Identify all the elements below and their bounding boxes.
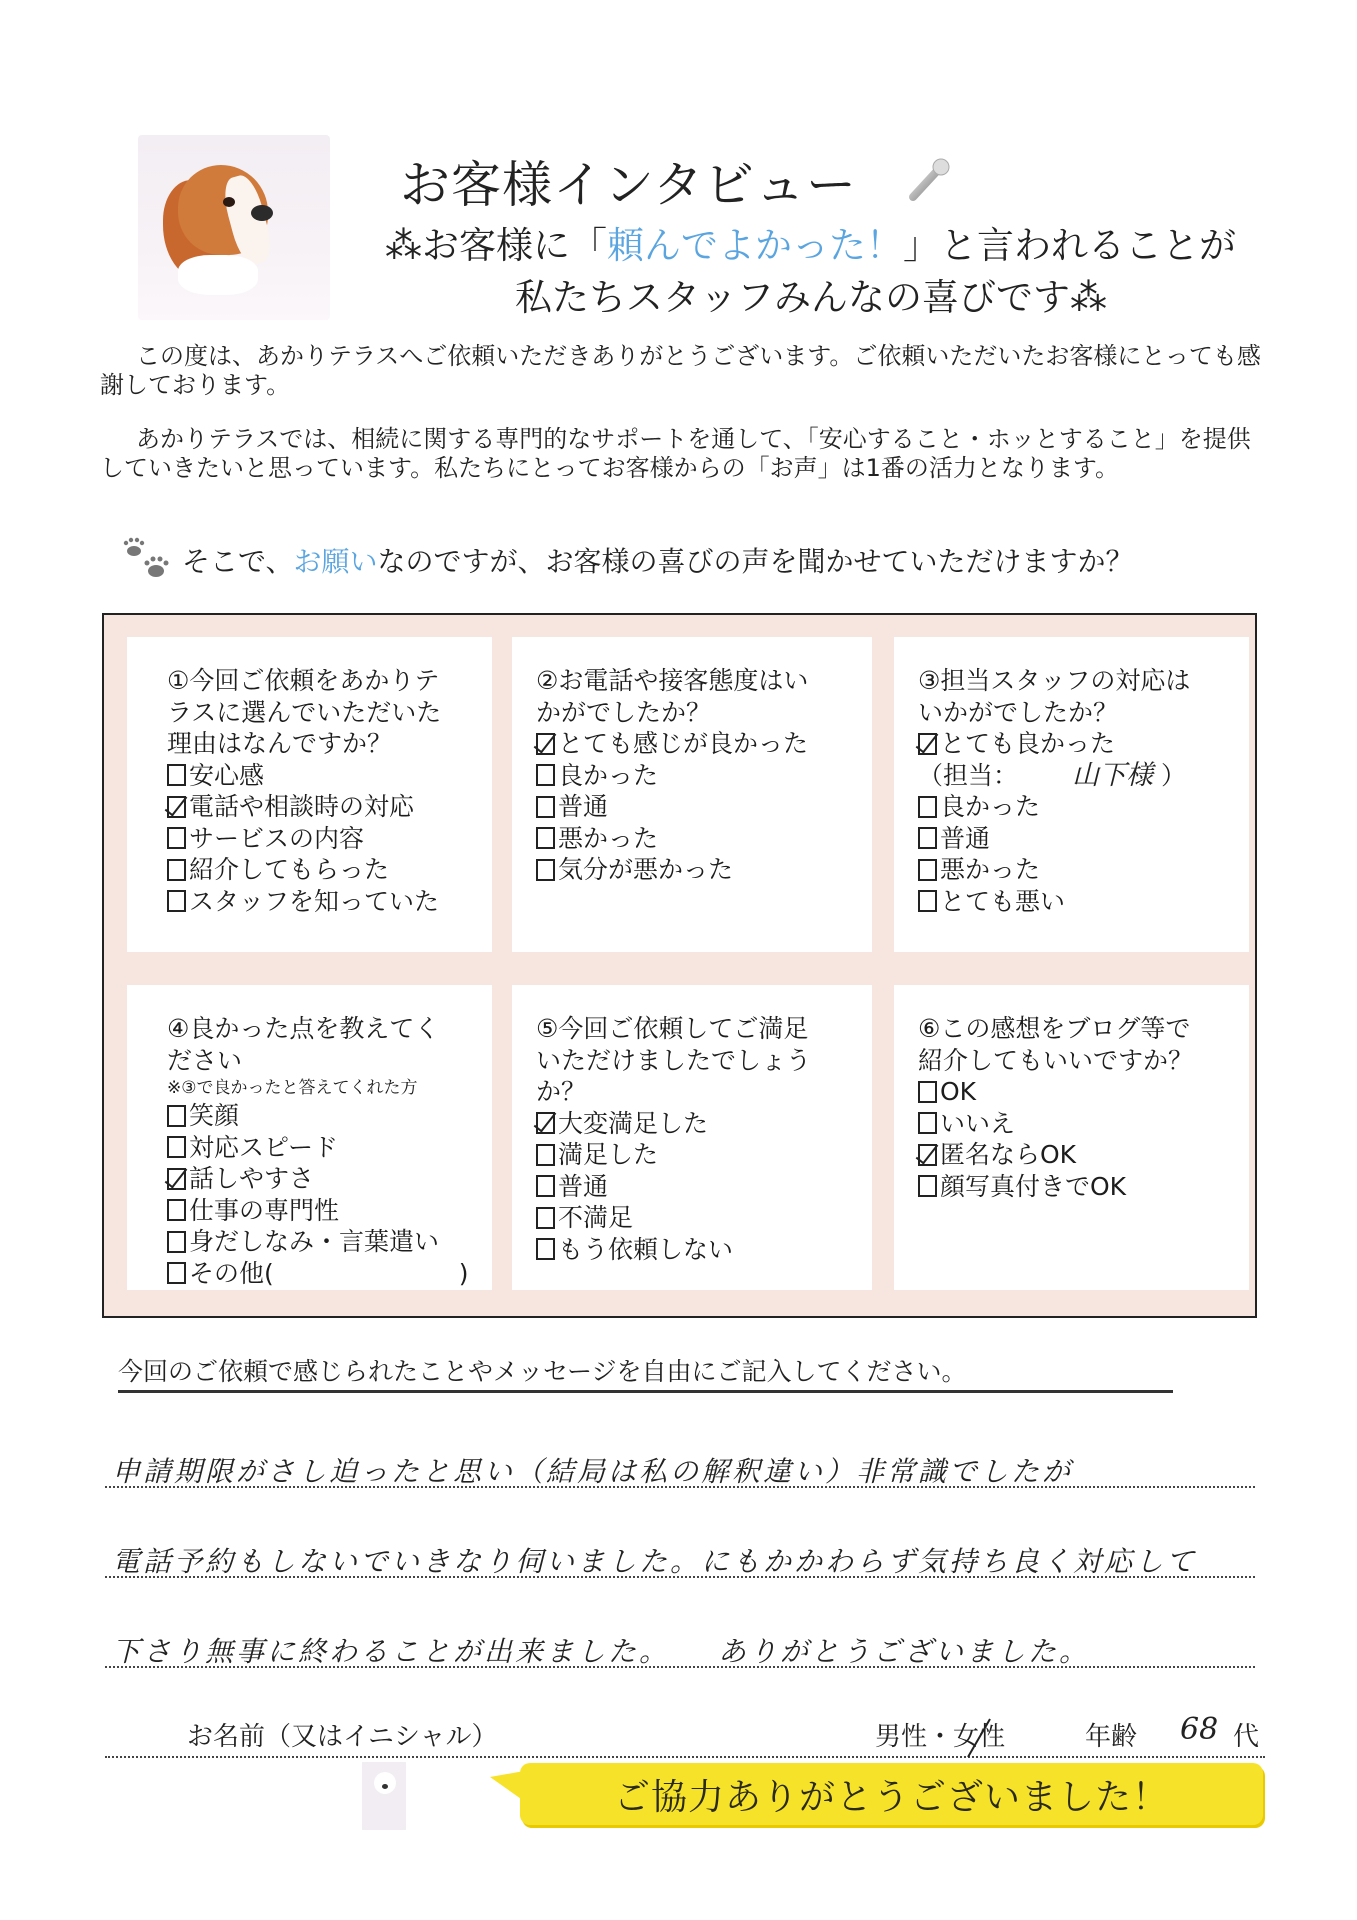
option-smile[interactable]: 笑顔 (167, 1100, 480, 1132)
subtitle-line-2: 私たちスタッフみんなの喜びです⁂ (515, 267, 1107, 321)
option-no[interactable]: いいえ (918, 1108, 1237, 1140)
option-response-speed[interactable]: 対応スピード (167, 1132, 480, 1164)
gender-male[interactable]: 男性 (875, 1722, 927, 1752)
option-label: 電話や相談時の対応 (189, 791, 414, 823)
option-label: 身だしなみ・言葉遣い (189, 1226, 439, 1258)
option-label: 笑顔 (189, 1100, 239, 1132)
name-field-row[interactable]: お名前（又はイニシャル） 男性・女性 年齢 68 代 (105, 1710, 1265, 1758)
paw-icon (120, 535, 180, 585)
option-easy-to-talk[interactable]: 話しやすさ (167, 1163, 480, 1195)
option-label: 話しやすさ (189, 1163, 314, 1195)
option-label: とても悪い (940, 886, 1065, 918)
subtitle-line-1: ⁂お客様に「頼んでよかった！」と言われることが (385, 215, 1236, 269)
option-ok[interactable]: OK (918, 1076, 1237, 1108)
option-label: スタッフを知っていた (189, 886, 439, 918)
checkbox[interactable] (167, 890, 186, 912)
option-label: 気分が悪かった (558, 854, 733, 886)
checkbox[interactable] (918, 890, 937, 912)
question-card-2: ②お電話や接客態度はい かがでしたか？ とても感じが良かった 良かった 普通 悪… (512, 637, 872, 952)
option-label: 匿名ならOK (940, 1139, 1076, 1171)
checkbox[interactable] (167, 1105, 186, 1127)
option-good[interactable]: 良かった (536, 760, 860, 792)
option-appearance-language[interactable]: 身だしなみ・言葉遣い (167, 1226, 480, 1258)
gender-female-selected[interactable]: 女性 (953, 1722, 1005, 1752)
option-never-again[interactable]: もう依頼しない (536, 1234, 860, 1266)
checkbox-checked[interactable] (918, 1144, 937, 1166)
question-note: ※③で良かったと答えてくれた方 (167, 1076, 480, 1100)
checkbox[interactable] (536, 859, 555, 881)
option-label: 悪かった (940, 854, 1040, 886)
option-label: 紹介してもらった (189, 854, 389, 886)
thanks-speech-bubble: ご協力ありがとうございました！ (520, 1763, 1263, 1825)
option-label: 良かった (940, 791, 1040, 823)
checkbox[interactable] (918, 1112, 937, 1134)
option-felt-bad[interactable]: 気分が悪かった (536, 854, 860, 886)
checkbox[interactable] (918, 1175, 937, 1197)
question-card-6: ⑥この感想をブログ等で 紹介してもいいですか？ OK いいえ 匿名ならOK 顔写… (894, 985, 1249, 1290)
checkbox-checked[interactable] (167, 1168, 186, 1190)
option-label: OK (940, 1076, 976, 1108)
option-label: 満足した (558, 1139, 658, 1171)
checkbox[interactable] (536, 1238, 555, 1260)
checkbox[interactable] (167, 764, 186, 786)
staff-close-paren: ） (1161, 760, 1186, 792)
request-line: そこで、お願いなのですが、お客様の喜びの声を聞かせていただけますか？ (120, 535, 1133, 585)
handwritten-message-line-3: 下さり無事に終わることが出来ました。 ありがとうございました。 (112, 1630, 1090, 1670)
message-heading: 今回のご依頼で感じられたことやメッセージを自由にご記入してください。 (118, 1352, 1173, 1393)
option-label: 対応スピード (189, 1132, 338, 1164)
checkbox[interactable] (536, 796, 555, 818)
option-unsatisfied[interactable]: 不満足 (536, 1202, 860, 1234)
option-average[interactable]: 普通 (918, 823, 1237, 855)
option-label: 仕事の専門性 (189, 1195, 339, 1227)
option-average[interactable]: 普通 (536, 1171, 860, 1203)
checkbox[interactable] (536, 764, 555, 786)
request-highlight: お願い (293, 540, 377, 580)
option-expertise[interactable]: 仕事の専門性 (167, 1195, 480, 1227)
option-label: 普通 (940, 823, 990, 855)
white-puppy-photo (362, 1762, 406, 1830)
question-card-1: ①今回ご依頼をあかりテ ラスに選んでいただいた 理由はなんですか？ 安心感 電話… (127, 637, 492, 952)
beagle-dog-photo (138, 135, 330, 320)
handwritten-message-line-2: 電話予約もしないでいきなり伺いました。にもかかわらず気持ち良く対応して (112, 1540, 1197, 1580)
option-very-good-feeling[interactable]: とても感じが良かった (536, 728, 860, 760)
checkbox-checked[interactable] (536, 1112, 555, 1134)
checkbox[interactable] (918, 859, 937, 881)
page-title: お客様インタビュー (400, 145, 857, 217)
intro-paragraph-2: あかりテラスでは、相続に関する専門的なサポートを通して、「安心すること・ホッとす… (100, 425, 1270, 483)
option-label: もう依頼しない (558, 1234, 733, 1266)
option-service-content[interactable]: サービスの内容 (167, 823, 480, 855)
age-value-handwritten[interactable]: 68 (1180, 1712, 1218, 1747)
checkbox[interactable] (918, 796, 937, 818)
checkbox[interactable] (167, 827, 186, 849)
checkbox[interactable] (536, 827, 555, 849)
request-suffix: なのですが、お客様の喜びの声を聞かせていただけますか？ (377, 540, 1133, 580)
checkbox[interactable] (918, 1081, 937, 1103)
survey-box: ①今回ご依頼をあかりテ ラスに選んでいただいた 理由はなんですか？ 安心感 電話… (102, 613, 1257, 1318)
checkbox-checked[interactable] (167, 796, 186, 818)
age-unit: 代 (1233, 1716, 1259, 1753)
intro-paragraph-1: この度は、あかりテラスへご依頼いただきありがとうございます。ご依頼いただいたお客… (100, 342, 1270, 400)
option-with-photo-ok[interactable]: 顔写真付きでOK (918, 1171, 1237, 1203)
option-anshinkan[interactable]: 安心感 (167, 760, 480, 792)
option-very-bad[interactable]: とても悪い (918, 886, 1237, 918)
option-good[interactable]: 良かった (918, 791, 1237, 823)
option-label: サービスの内容 (189, 823, 364, 855)
option-label: 悪かった (558, 823, 658, 855)
option-satisfied[interactable]: 満足した (536, 1139, 860, 1171)
name-label: お名前（又はイニシャル） (187, 1716, 497, 1753)
option-label: その他( (189, 1258, 274, 1290)
option-label: 良かった (558, 760, 658, 792)
age-label: 年齢 (1085, 1716, 1137, 1753)
checkbox-checked[interactable] (918, 733, 937, 755)
checkbox[interactable] (536, 1207, 555, 1229)
handwritten-message-line-1: 申請期限がさし迫ったと思い（結局は私の解釈違い）非常識でしたが (112, 1450, 1073, 1490)
microphone-icon (905, 155, 955, 205)
option-anonymous-ok[interactable]: 匿名ならOK (918, 1139, 1237, 1171)
checkbox[interactable] (167, 1262, 186, 1284)
staff-name-handwritten[interactable]: 山下様 (1072, 760, 1153, 792)
option-average[interactable]: 普通 (536, 791, 860, 823)
request-prefix: そこで、 (182, 540, 293, 580)
question-title: ②お電話や接客態度はい かがでしたか？ (536, 665, 860, 728)
question-title: ③担当スタッフの対応は いかがでしたか？ (918, 665, 1237, 728)
option-label: 安心感 (189, 760, 264, 792)
subtitle-highlight: 頼んでよかった！ (607, 224, 903, 267)
option-bad[interactable]: 悪かった (918, 854, 1237, 886)
option-label: とても良かった (940, 728, 1115, 760)
option-label: 普通 (558, 791, 608, 823)
option-label: 不満足 (558, 1202, 633, 1234)
staff-label: （担当： (918, 760, 1018, 792)
option-phone-consultation[interactable]: 電話や相談時の対応 (167, 791, 480, 823)
question-card-4: ④良かった点を教えてく ださい ※③で良かったと答えてくれた方 笑顔 対応スピー… (127, 985, 492, 1290)
intro-text-1: この度は、あかりテラスへご依頼いただきありがとうございます。ご依頼いただいたお客… (100, 342, 1270, 400)
checkbox[interactable] (167, 1136, 186, 1158)
checkbox[interactable] (167, 1231, 186, 1253)
thanks-text: ご協力ありがとうございました！ (614, 1769, 1169, 1820)
checkbox-checked[interactable] (536, 733, 555, 755)
option-very-good[interactable]: とても良かった (918, 728, 1237, 760)
question-title: ④良かった点を教えてく ださい (167, 1013, 480, 1076)
option-referral[interactable]: 紹介してもらった (167, 854, 480, 886)
subtitle-suffix: 」と言われることが (903, 224, 1236, 267)
question-card-5: ⑤今回ご依頼してご満足 いただけましたでしょう か？ 大変満足した 満足した 普… (512, 985, 872, 1290)
gender-separator: ・ (927, 1722, 953, 1752)
question-card-3: ③担当スタッフの対応は いかがでしたか？ とても良かった （担当： 山下様 ） … (894, 637, 1249, 952)
question-title: ①今回ご依頼をあかりテ ラスに選んでいただいた 理由はなんですか？ (167, 665, 480, 760)
option-label: 顔写真付きでOK (940, 1171, 1126, 1203)
checkbox[interactable] (167, 859, 186, 881)
intro-text-2: あかりテラスでは、相続に関する専門的なサポートを通して、「安心すること・ホッとす… (100, 425, 1270, 483)
checkbox[interactable] (536, 1144, 555, 1166)
option-label: 大変満足した (558, 1108, 708, 1140)
option-label: いいえ (940, 1108, 1015, 1140)
option-very-satisfied[interactable]: 大変満足した (536, 1108, 860, 1140)
option-knew-staff[interactable]: スタッフを知っていた (167, 886, 480, 918)
question-title: ⑤今回ご依頼してご満足 いただけましたでしょう か？ (536, 1013, 860, 1108)
option-label: とても感じが良かった (558, 728, 808, 760)
staff-field: （担当： 山下様 ） (918, 760, 1237, 792)
checkbox[interactable] (536, 1175, 555, 1197)
question-title: ⑥この感想をブログ等で 紹介してもいいですか？ (918, 1013, 1237, 1076)
option-other[interactable]: その他() (167, 1258, 480, 1290)
checkbox[interactable] (167, 1199, 186, 1221)
other-close-paren: ) (459, 1258, 469, 1290)
subtitle-prefix: ⁂お客様に「 (385, 224, 607, 267)
option-label: 普通 (558, 1171, 608, 1203)
gender-field[interactable]: 男性・女性 (875, 1716, 1005, 1753)
checkbox[interactable] (918, 827, 937, 849)
option-bad[interactable]: 悪かった (536, 823, 860, 855)
